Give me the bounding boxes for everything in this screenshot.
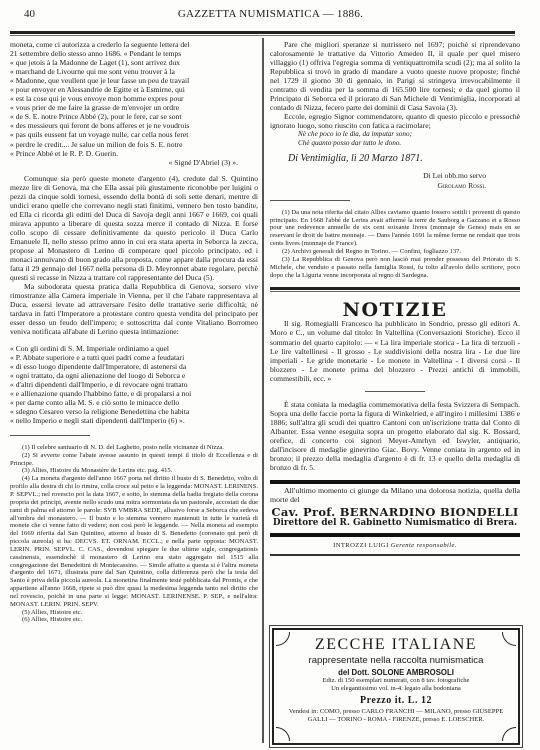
notizie-heading: NOTIZIE xyxy=(270,306,520,315)
footnote: (6) Allies, Histoire etc. xyxy=(10,616,258,624)
footnote: (2) Si avverte come l'abate avesse assun… xyxy=(10,452,258,468)
letter-line: « est la cose qui je vous envoye mon hom… xyxy=(10,94,258,103)
gerente-line: INTROZZI LUIGI Gerente responsabile. xyxy=(270,541,520,550)
footnote-rule xyxy=(10,435,90,436)
author-signature: Girolamo Rossi. xyxy=(270,181,520,190)
intimation-line: « di esso luogo dipendente dall'Imperato… xyxy=(10,362,258,371)
section-rule-thin xyxy=(270,291,520,292)
closing-salutation: Di Lei obb.mo servo xyxy=(270,171,520,180)
intimation-line: « P. Abbate superiore e a tutti quei pad… xyxy=(10,353,258,362)
deceased-role: Direttore del R. Gabinetto Numismatico d… xyxy=(270,519,520,528)
verse-quote: Nè che poco io le dia, da imputar sono; … xyxy=(270,130,520,147)
left-footnotes: (1) Il celebre santuario di N. D. del La… xyxy=(10,444,258,624)
intimation-line: « nello Imperio e negli stati dipendenti… xyxy=(10,416,258,425)
letter-line: « Madonne, que veullent que je leur fass… xyxy=(10,76,258,85)
intimation-line: « e allienazione quando l'habbino fatte,… xyxy=(10,389,258,398)
running-title: GAZZETTA NUMISMATICA — 1886. xyxy=(18,8,523,20)
notizie-separator xyxy=(365,391,425,392)
letter-line: 21 settembre dello stesso anno 1686. « P… xyxy=(10,49,258,58)
letter-line: « que jetois à la Madonne de Laget (1), … xyxy=(10,58,258,67)
letter-line: « de S. E. notre Prince Abbé (2), pour l… xyxy=(10,112,258,121)
verse-line: Nè che poco io le dia, da imputar sono; xyxy=(298,130,520,139)
ad-title: ZECCHE ITALIANE xyxy=(280,636,512,654)
letter-line: « perdre le credit.... Je salue un milio… xyxy=(10,140,258,149)
letter-line: moneta, come ci autorizza a crederlo la … xyxy=(10,40,258,49)
gerente-rule xyxy=(270,554,520,556)
letter-line: « marchand de Livourne qui me sont venu … xyxy=(10,67,258,76)
gerente-name: INTROZZI LUIGI xyxy=(333,542,389,549)
newspaper-page: 40 GAZZETTA NUMISMATICA — 1886. moneta, … xyxy=(0,0,540,750)
corner-ornament-icon xyxy=(276,727,290,741)
intimation-line: « d'altri dipendenti dall'Imperio, e di … xyxy=(10,380,258,389)
intimation-line: « sdegno Cesareo verso la religione Bene… xyxy=(10,407,258,416)
death-notice: All'ultimo momento ci giunge da Milano u… xyxy=(270,484,520,530)
paragraph-monete: Comunque sia però queste monete d'argent… xyxy=(10,174,258,283)
ad-sellers: Vendesi in: COMO, presso CARLO FRANCHI —… xyxy=(280,708,512,724)
footnote: (1) Da una nota riferita dal citato Alli… xyxy=(270,209,520,248)
letter-line: « vous prier de me faire la grasse de m'… xyxy=(10,103,258,112)
footnote: (1) Il celebre santuario di N. D. del La… xyxy=(10,444,258,452)
letter-signature: « Signé D'Abriel (3) ». xyxy=(10,158,258,167)
ad-format: Un elegantissimo vol. in-4. legato alla … xyxy=(280,685,512,693)
letter-line: « pour envoyer en Alessandrie de Egitte … xyxy=(10,85,258,94)
header-rule-thin xyxy=(10,35,515,36)
paragraph-eccole: Eccole, egregio Signor commendatore, qua… xyxy=(270,112,520,130)
left-column: moneta, come ci autorizza a crederlo la … xyxy=(10,40,258,624)
intimation-line: « per darne conto alla M. S. e ciò sotto… xyxy=(10,398,258,407)
intimation-line: « Con gli ordini di S. M. Imperiale ordi… xyxy=(10,344,258,353)
ad-author: del Dott. SOLONE AMBROSOLI xyxy=(280,668,512,677)
verse-line: Chè quanto posso dar tutto le dono. xyxy=(298,139,520,148)
death-notice-lead: All'ultimo momento ci giunge da Milano u… xyxy=(270,486,520,504)
header-rule xyxy=(10,31,515,34)
paragraph-genova: Ma subodorata questa pratica dalla Repub… xyxy=(10,282,258,336)
footnote: (4) La moneta d'argento dell'anno 1667 p… xyxy=(10,475,258,608)
letter-line: « des messieurs qui feront de bons affer… xyxy=(10,121,258,130)
paragraph-1697: Pare che migliori speranze si nutrissero… xyxy=(270,40,520,112)
corner-ornament-icon xyxy=(502,727,516,741)
ad-edition: Ediz. di 150 esemplari numerati, con 8 t… xyxy=(280,677,512,685)
column-divider xyxy=(262,38,264,743)
ad-price: Prezzo it. L. 12 xyxy=(280,695,512,706)
footnote: (3) La Repubblica di Genova però non las… xyxy=(270,256,520,280)
notizie-item-romegialli: Il sig. Romegialli Francesco ha pubblica… xyxy=(270,319,520,382)
footnote: (5) Allies, Histoire etc. xyxy=(10,609,258,617)
page-header: 40 GAZZETTA NUMISMATICA — 1886. xyxy=(18,8,523,22)
gerente-title: Gerente responsabile. xyxy=(391,542,457,549)
right-column: Pare che migliori speranze si nutrissero… xyxy=(270,40,520,556)
footnote-rule xyxy=(270,200,350,201)
letter-quote: moneta, come ci autorizza a crederlo la … xyxy=(10,40,258,158)
intimation-line: « ogni trattato, da ogni alienazione del… xyxy=(10,371,258,380)
section-rule xyxy=(270,287,520,290)
deceased-name: Cav. Prof. BERNARDINO BIONDELLI xyxy=(270,508,520,517)
footnote: (3) Allies, Histoire du Monastère de Ler… xyxy=(10,467,258,475)
footnote: (2) Archivi generali del Regno in Torino… xyxy=(270,248,520,256)
ad-subtitle: rappresentate nella raccolta numismatica xyxy=(280,655,512,666)
notizie-item-sempach: È stata coniata la medaglia commemorativ… xyxy=(270,400,520,472)
advertisement-box: ZECCHE ITALIANE rappresentate nella racc… xyxy=(272,628,520,745)
letter-line: « pas quils eussent fat un voyage nulle,… xyxy=(10,130,258,139)
right-footnotes: (1) Da una nota riferita dal citato Alli… xyxy=(270,209,520,280)
black-bar-bottom xyxy=(270,533,520,537)
dateline: Di Ventimiglia, lì 20 Marzo 1871. xyxy=(270,154,520,163)
imperial-intimation: « Con gli ordini di S. M. Imperiale ordi… xyxy=(10,344,258,425)
letter-line: « Prince Abbé et le R. P. D. Guerin. xyxy=(10,149,258,158)
